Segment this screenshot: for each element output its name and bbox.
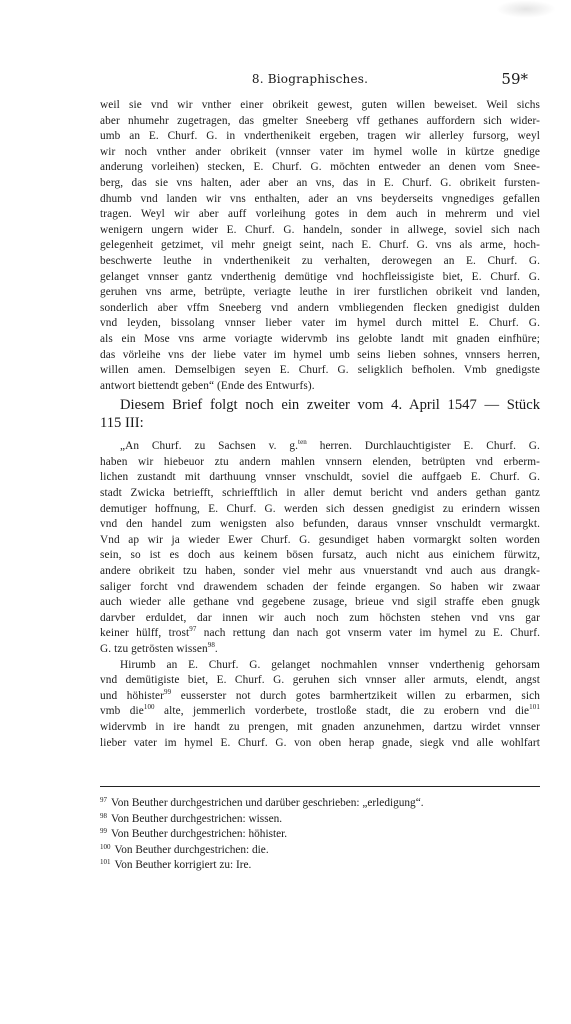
text-line: willen amen. Demselbigen seyen E. Churf.…: [100, 363, 540, 379]
text-line: andere obrikeit tzu haben, sonder viel m…: [100, 564, 540, 580]
text-span: herren. Durchlauchtigister E. Churf. G.: [307, 440, 540, 452]
text-span: alte, jemmerlich vorderbete, trostloße s…: [155, 705, 530, 717]
text-line: vnd demütigiste biet, E. Churf. G. geruh…: [100, 673, 540, 689]
text-line: beschwerte leuthe in vnderthenikeit zu v…: [100, 254, 540, 270]
footnote-100: 100Von Beuther durchgestrichen: die.: [100, 840, 540, 856]
page-number: 59*: [501, 70, 528, 88]
paragraph-hirumb: Hirumb an E. Churf. G. gelanget nochmahl…: [100, 658, 540, 752]
text-line: als ein Mose vns arme voriagte widervmb …: [100, 332, 540, 348]
text-line: stadt Zwicka betriefft, schriefftlich in…: [100, 486, 540, 502]
paragraph-second-letter: „An Churf. zu Sachsen v. g.ten herren. D…: [100, 439, 540, 657]
text-line: auch wieder alle gethane vnd gegebene zu…: [100, 595, 540, 611]
footnote-number: 97: [100, 796, 107, 804]
text-line: G. tzu getrösten wissen98.: [100, 642, 540, 658]
text-line: vnd leyden, bissolang vnnser lieber vate…: [100, 316, 540, 332]
footnote-ref-100[interactable]: 100: [144, 703, 155, 711]
text-line: gelanget vnnser gantz vnderthenig demüti…: [100, 270, 540, 286]
text-line: berg, das sie vns halten, ader aber an v…: [100, 176, 540, 192]
footnote-99: 99Von Beuther durchgestrichen: höhister.: [100, 824, 540, 840]
text-line: sein, so ist es doch aus keinem bösen fu…: [100, 548, 540, 564]
text-line: weil sie vnd wir vnther einer obrikeit g…: [100, 98, 540, 114]
text-line: dhumb vnd landen wir vns enthalten, ader…: [100, 192, 540, 208]
text-line: demutiger hoffnung, E. Churf. G. werden …: [100, 502, 540, 518]
footnote-text: Von Beuther durchgestrichen: die.: [115, 844, 269, 856]
text-line: widervmb in ire handt zu prengen, mit gn…: [100, 720, 540, 736]
text-line: antwort biettendt geben“ (Ende des Entwu…: [100, 379, 540, 395]
text-line: saliger forcht vnd drawendem schaden der…: [100, 580, 540, 596]
text-line: Diesem Brief folgt noch ein zweiter vom …: [100, 396, 540, 414]
text-line: 115 III:: [100, 414, 540, 432]
text-line: „An Churf. zu Sachsen v. g.ten herren. D…: [100, 439, 540, 455]
text-line: das vörleihe vns der liebe vater im hyme…: [100, 348, 540, 364]
footnote-number: 101: [100, 858, 111, 866]
text-line: wenigern ungern wider E. Churf. G. hande…: [100, 223, 540, 239]
text-span: nach rettung dan nach got vnserm vater i…: [196, 627, 540, 639]
running-title: 8. Biographisches.: [100, 72, 520, 86]
body-text: weil sie vnd wir vnther einer obrikeit g…: [100, 98, 540, 751]
footnote-97: 97Von Beuther durchgestrichen und darübe…: [100, 793, 540, 809]
footnote-text: Von Beuther durchgestrichen: wissen.: [111, 813, 282, 825]
scan-smudge: [496, 0, 556, 18]
text-line: aber nhumehr zugetragen, das gmelter Sne…: [100, 114, 540, 130]
text-line: geruhen vns arme, betrüpte, veriagte leu…: [100, 285, 540, 301]
text-line: Hirumb an E. Churf. G. gelanget nochmahl…: [100, 658, 540, 674]
book-page: 8. Biographisches. 59* weil sie vnd wir …: [0, 0, 571, 1024]
text-line: keiner hülff, trost97 nach rettung dan n…: [100, 626, 540, 642]
footnote-number: 98: [100, 812, 107, 820]
paragraph-letter-draft-end: weil sie vnd wir vnther einer obrikeit g…: [100, 98, 540, 394]
text-span: und höhister: [100, 690, 164, 702]
text-line: vmb die100 alte, jemmerlich vorderbete, …: [100, 704, 540, 720]
paragraph-second-letter-intro: Diesem Brief folgt noch ein zweiter vom …: [100, 396, 540, 432]
text-line: lieber vater im hymel E. Churf. G. von o…: [100, 736, 540, 752]
text-line: gelegenheit getzimet, vil mehr gneigt se…: [100, 238, 540, 254]
text-span: eusserster not durch gotes barmhertzikei…: [171, 690, 540, 702]
footnote-101: 101Von Beuther korrigiert zu: Ire.: [100, 855, 540, 871]
text-line: und höhister99 eusserster not durch gote…: [100, 689, 540, 705]
superscript: ten: [298, 438, 307, 446]
footnote-text: Von Beuther durchgestrichen: höhister.: [111, 828, 287, 840]
footnotes: 97Von Beuther durchgestrichen und darübe…: [100, 793, 540, 871]
text-line: sonderlich aber vffm Sneeberg vnd andern…: [100, 301, 540, 317]
text-line: tragen. Weyl wir aber auff vorleihung go…: [100, 207, 540, 223]
footnote-text: Von Beuther korrigiert zu: Ire.: [115, 859, 252, 871]
footnote-number: 100: [100, 843, 111, 851]
text-span: vmb die: [100, 705, 144, 717]
footnote-98: 98Von Beuther durchgestrichen: wissen.: [100, 809, 540, 825]
text-line: darvber erduldet, dar innen wir auch noc…: [100, 611, 540, 627]
page-header: 8. Biographisches. 59*: [100, 70, 520, 90]
footnote-ref-98[interactable]: 98: [208, 641, 215, 649]
footnote-number: 99: [100, 827, 107, 835]
text-line: Vnd ap wir ja wieder Ewer Churf. G. gesu…: [100, 533, 540, 549]
text-line: anderung vorleihen) stecken, E. Churf. G…: [100, 160, 540, 176]
text-line: umb an E. Churf. G. in vnderthenikeit er…: [100, 129, 540, 145]
footnote-ref-101[interactable]: 101: [529, 703, 540, 711]
text-line: haben wir hiebeuor ztu andern mahlen vnn…: [100, 455, 540, 471]
text-span: G. tzu getrösten wissen: [100, 643, 208, 655]
text-span: .: [215, 643, 218, 655]
text-line: lichen zustandt mit darthuung vnnser vns…: [100, 470, 540, 486]
footnote-divider: [100, 786, 540, 787]
text-span: „An Churf. zu Sachsen v. g.: [120, 440, 298, 452]
footnote-text: Von Beuther durchgestrichen und darüber …: [111, 797, 424, 809]
text-line: wir noch vnther ander obrikeit (vnnser v…: [100, 145, 540, 161]
text-line: vnd den handel zum wenigsten also befund…: [100, 517, 540, 533]
text-span: keiner hülff, trost: [100, 627, 189, 639]
